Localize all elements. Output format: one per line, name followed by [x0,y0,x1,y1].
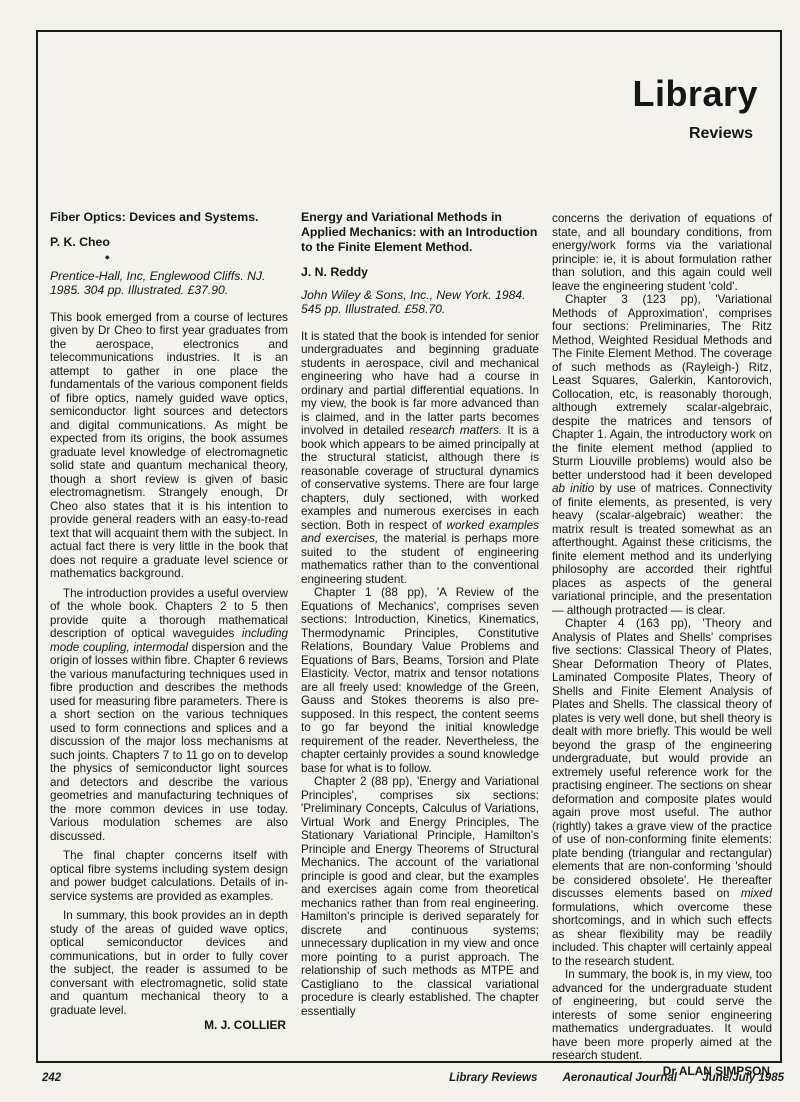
italic-text-run: research matters. [409,424,502,437]
book-title: Energy and Variational Methods in Applie… [301,210,539,255]
footer-section-name: Library Reviews [449,1072,537,1084]
text-run: Chapter 2 (88 pp), 'Energy and Variation… [301,775,539,1018]
text-run: It is a book which appears to be aimed p… [301,424,539,532]
section-title: Library [632,76,758,112]
footer-issue-date: June/July 1985 [702,1072,784,1084]
text-run: Chapter 3 (123 pp), 'Variational Methods… [552,293,772,482]
paragraph: The final chapter concerns itself with o… [50,849,288,903]
text-run: Chapter 4 (163 pp), 'Theory and Analysis… [552,617,772,900]
text-run: The final chapter concerns itself with o… [50,849,288,903]
review-body: It is stated that the book is intended f… [301,330,539,1019]
paragraph: Chapter 2 (88 pp), 'Energy and Variation… [301,775,539,1018]
paragraph: In summary, the book is, in my view, too… [552,968,772,1063]
column-review-fiber-optics: Fiber Optics: Devices and Systems. P. K.… [50,210,288,1078]
text-run: concerns the derivation of equations of … [552,212,772,293]
masthead: Library Reviews [632,76,758,143]
book-imprint: John Wiley & Sons, Inc., New York. 1984.… [301,288,539,317]
paragraph: It is stated that the book is intended f… [301,330,539,587]
text-run: dispersion and the origin of losses with… [50,641,288,843]
text-run: by use of matrices. Connectivity of fini… [552,482,772,617]
book-author: P. K. Cheo [50,236,288,250]
reviewer-signature: M. J. COLLIER [50,1019,288,1033]
page-number: 242 [42,1072,61,1084]
review-body: concerns the derivation of equations of … [552,212,772,1063]
section-subtitle: Reviews [632,125,753,143]
text-run: Chapter 1 (88 pp), 'A Review of the Equa… [301,586,539,775]
review-body: This book emerged from a course of lectu… [50,311,288,1018]
book-title: Fiber Optics: Devices and Systems. [50,210,288,225]
column-review-continuation: concerns the derivation of equations of … [552,210,772,1078]
text-run: In summary, this book provides an in dep… [50,909,288,1017]
paragraph: This book emerged from a course of lectu… [50,311,288,581]
paragraph: concerns the derivation of equations of … [552,212,772,293]
book-author: J. N. Reddy [301,266,539,280]
paragraph: In summary, this book provides an in dep… [50,909,288,1017]
text-run: This book emerged from a course of lectu… [50,311,288,581]
paragraph: The introduction provides a useful overv… [50,587,288,844]
footer-journal-name: Aeronautical Journal [563,1072,677,1084]
paragraph: Chapter 3 (123 pp), 'Variational Methods… [552,293,772,617]
page-footer: 242 Library Reviews Aeronautical Journal… [0,1072,800,1092]
italic-text-run: mixed [741,887,772,900]
text-run: formulations, which overcome these short… [552,901,772,968]
text-run: It is stated that the book is intended f… [301,330,539,438]
italic-text-run: ab initio [552,482,594,495]
review-columns: Fiber Optics: Devices and Systems. P. K.… [50,210,772,1078]
paragraph: Chapter 1 (88 pp), 'A Review of the Equa… [301,586,539,775]
text-run: In summary, the book is, in my view, too… [552,968,772,1062]
ornament-dot: ◆ [105,255,288,261]
book-imprint: Prentice-Hall, Inc, Englewood Cliffs. NJ… [50,269,288,298]
page-border-frame: Library Reviews Fiber Optics: Devices an… [36,30,782,1063]
paragraph: Chapter 4 (163 pp), 'Theory and Analysis… [552,617,772,968]
column-review-energy-methods: Energy and Variational Methods in Applie… [301,210,539,1078]
running-title: Library Reviews Aeronautical Journal Jun… [427,1072,784,1084]
